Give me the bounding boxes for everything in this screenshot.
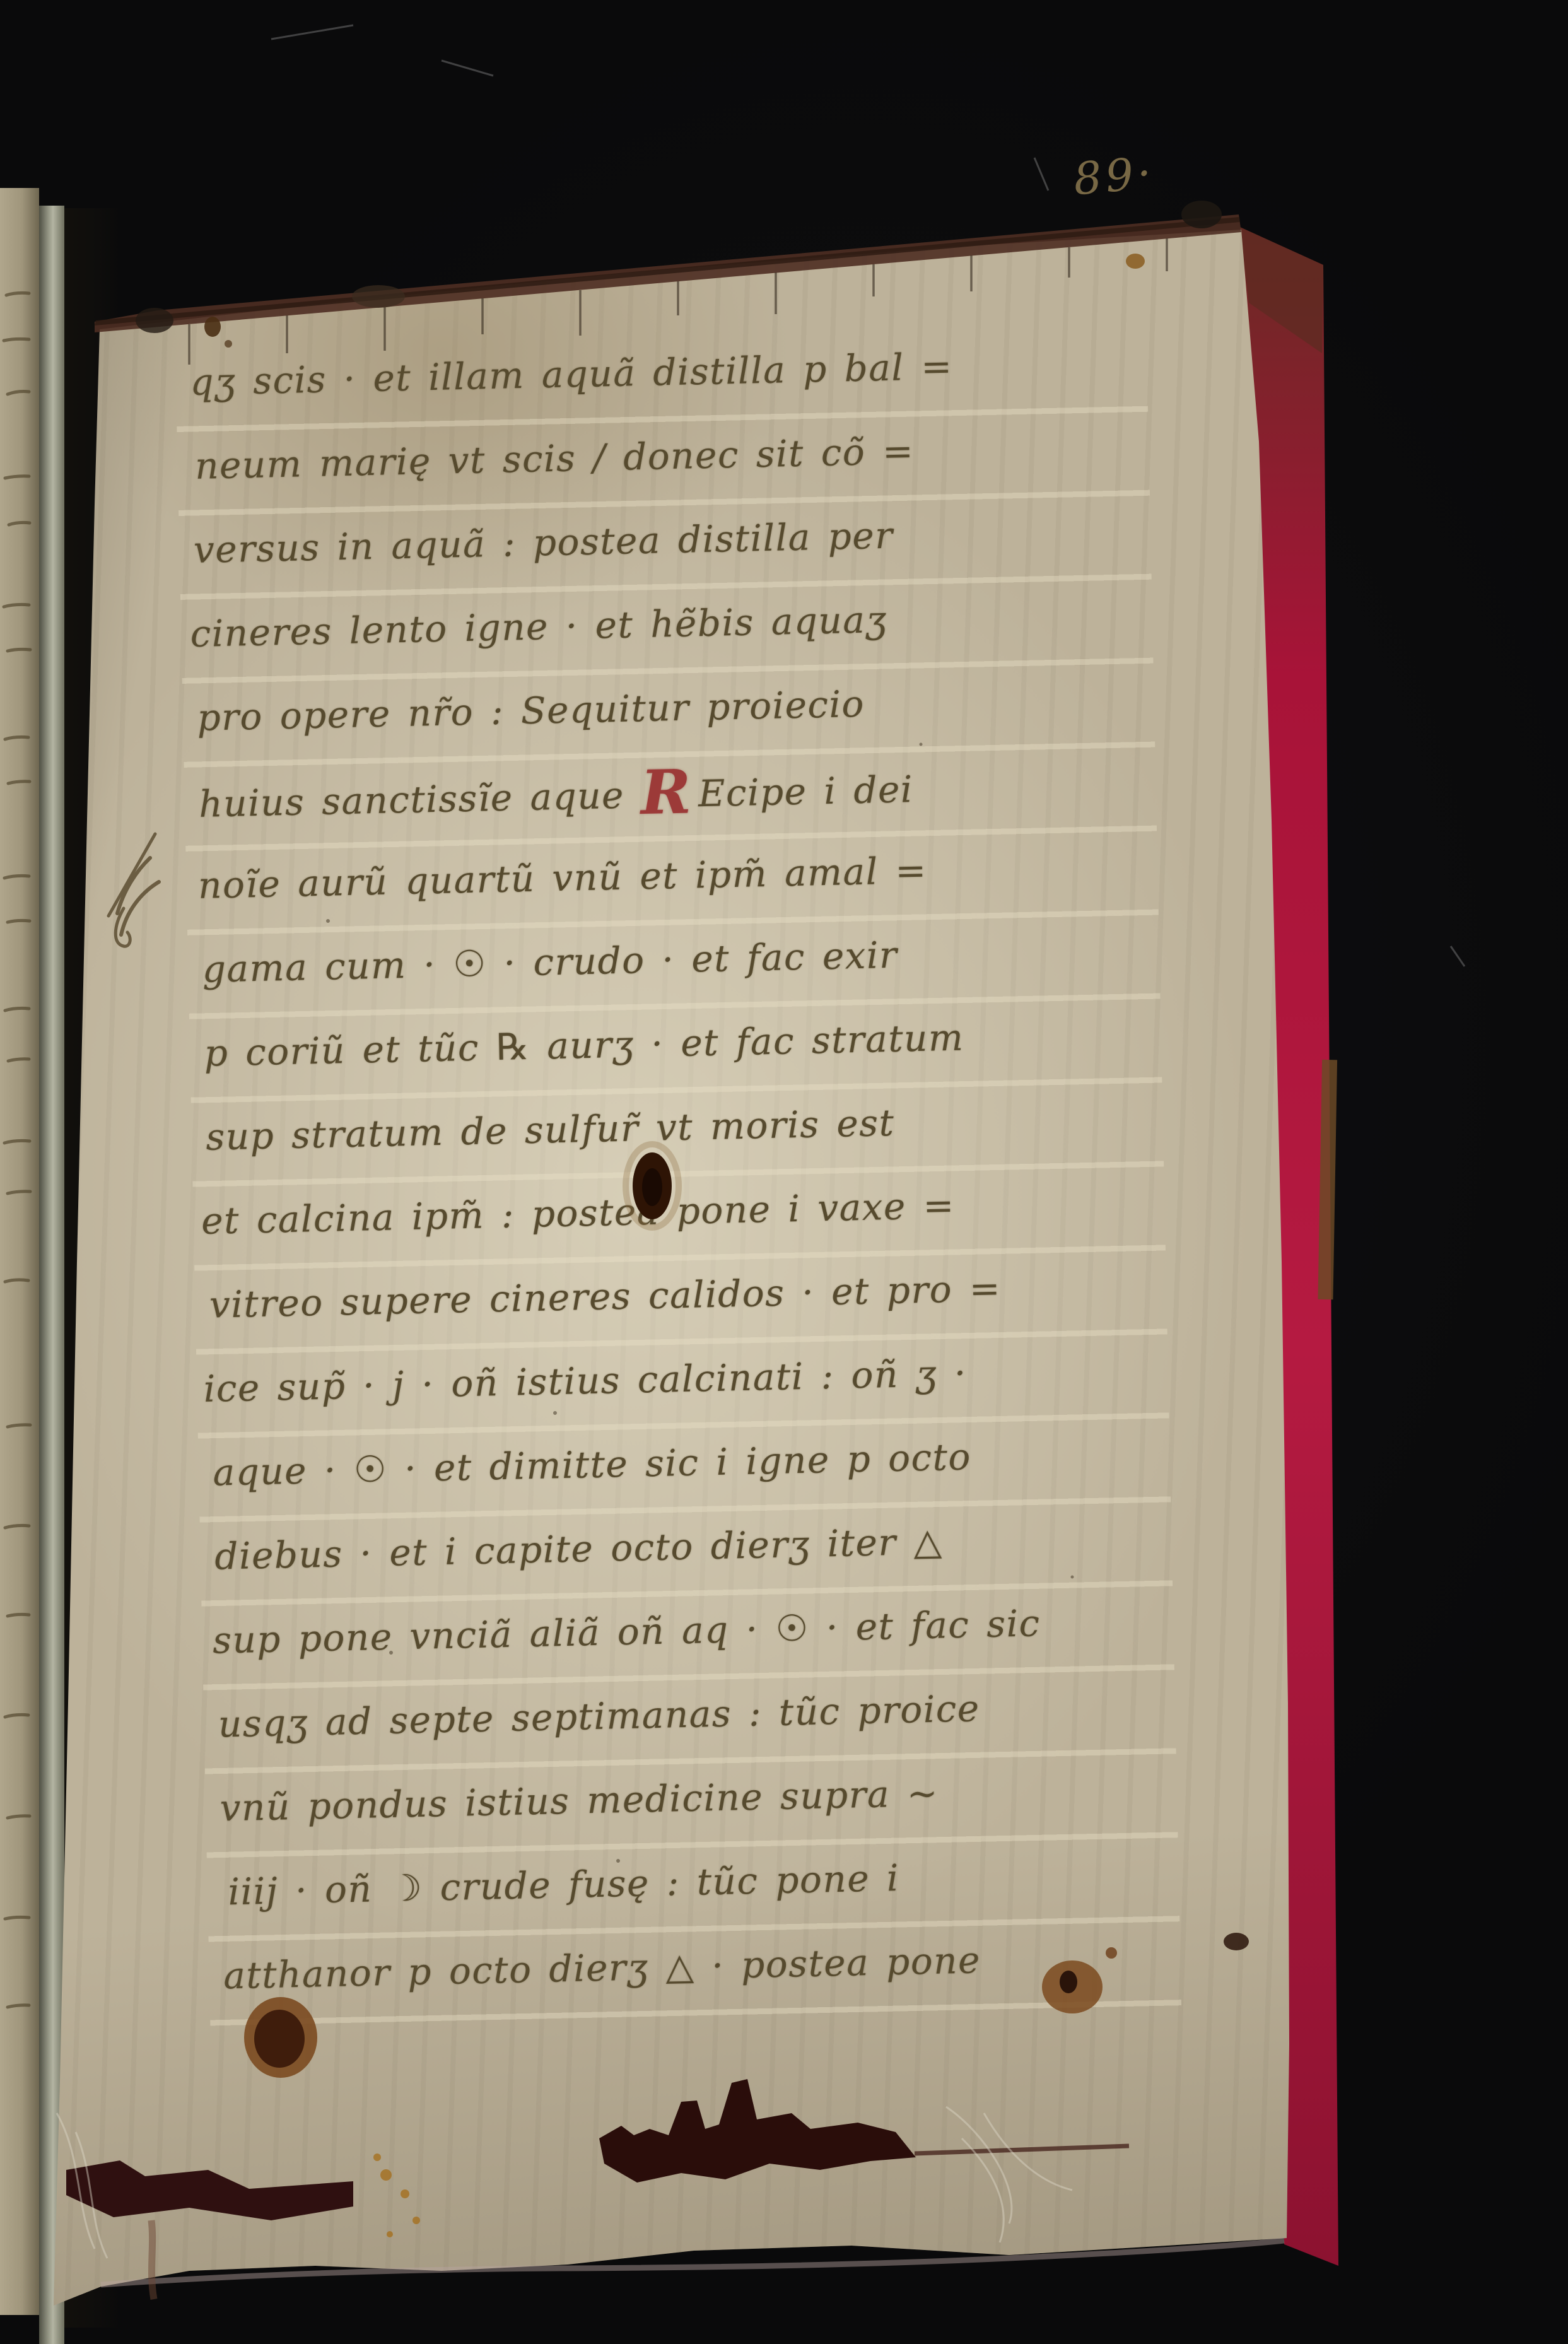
top-corner-blob: [1181, 201, 1222, 228]
folio-number: 89·: [1072, 147, 1157, 206]
red-initial-letter: R: [640, 756, 693, 828]
binding-corner-dark: [1240, 227, 1323, 353]
photograph-stage: qʒ scis · et illam aquã distilla p bal =…: [0, 0, 1568, 2344]
line-pre-initial: huius sanctissĩe aque: [199, 774, 625, 826]
line-post-initial: Ecipe i dei: [698, 768, 913, 815]
book-cradle-strip: [39, 206, 64, 2344]
manuscript-text-block: qʒ scis · et illam aquã distilla p bal =…: [189, 320, 1183, 2018]
previous-page-edge: [0, 188, 39, 2315]
clasp-remnant: [1318, 1060, 1337, 1299]
